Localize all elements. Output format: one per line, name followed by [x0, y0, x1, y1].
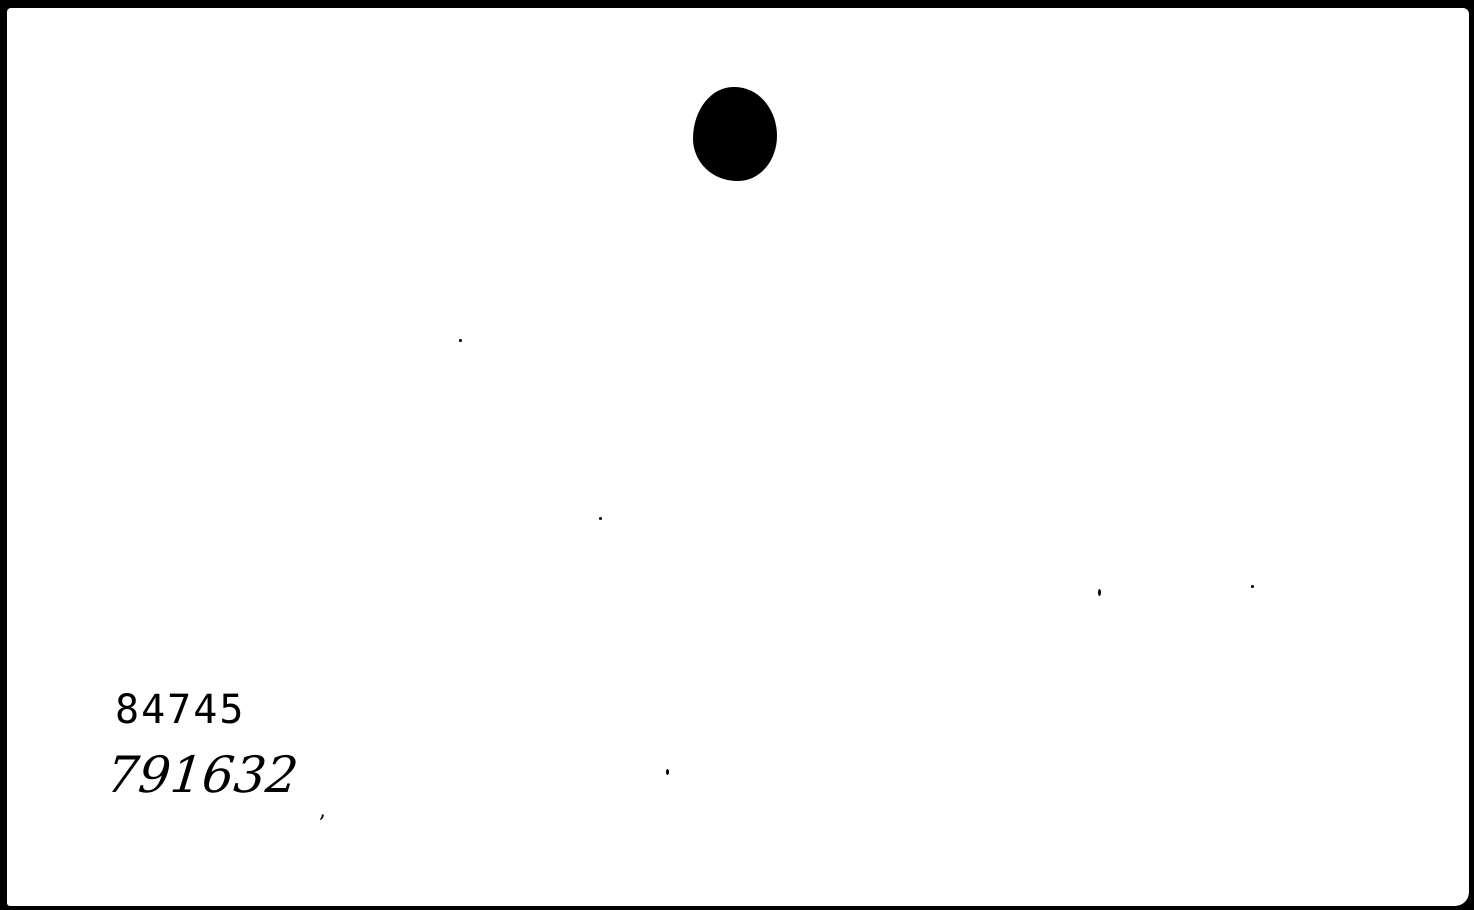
speck: [599, 517, 602, 520]
speck: [1251, 585, 1254, 588]
handwritten-number: 791632: [104, 750, 300, 800]
handwritten-suffix: ,: [319, 798, 326, 823]
printed-number: 84745: [115, 690, 245, 730]
index-card: 84745 791632 ,: [7, 8, 1469, 906]
speck: [459, 339, 462, 342]
speck: [1098, 589, 1101, 596]
speck: [666, 769, 669, 775]
punch-hole: [693, 87, 777, 181]
